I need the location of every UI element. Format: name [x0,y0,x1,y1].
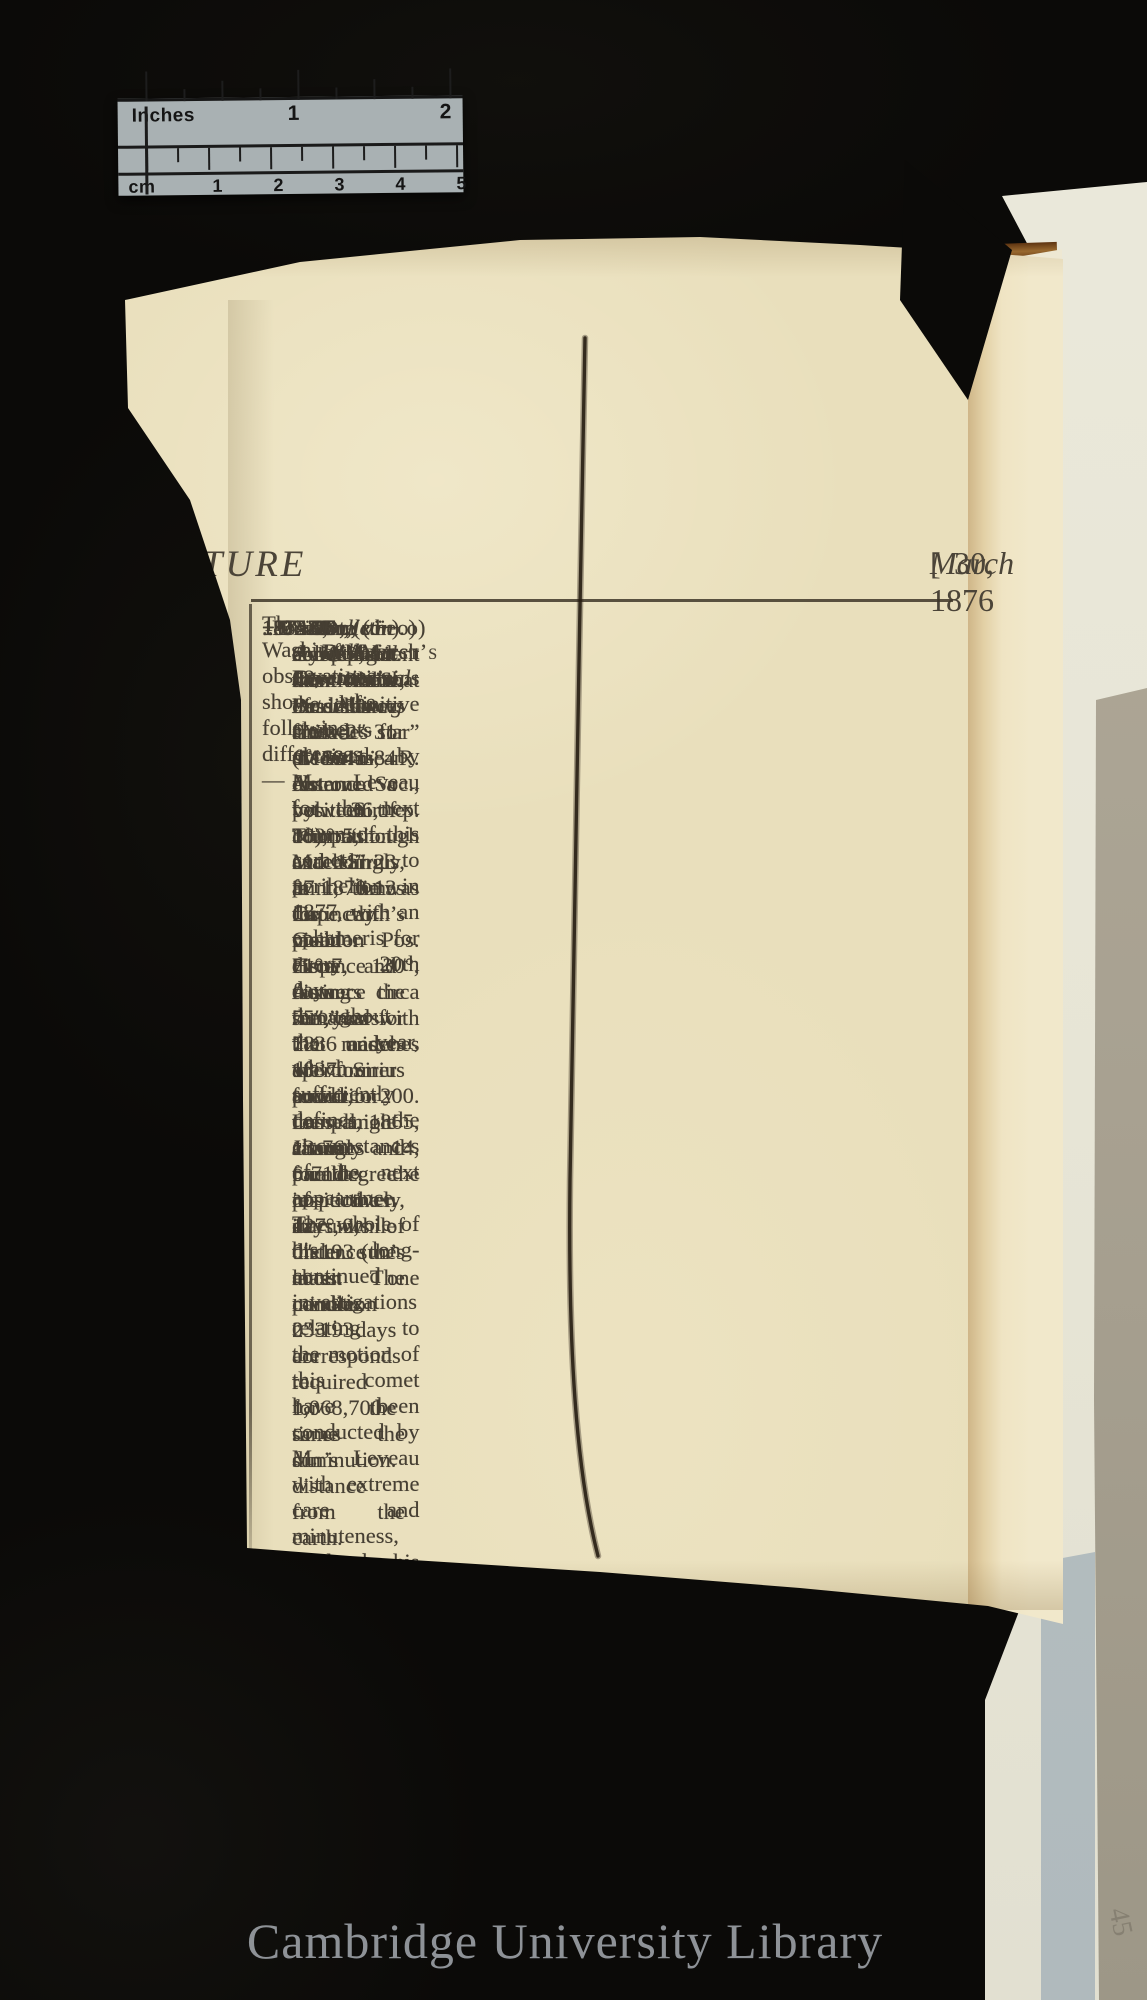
inch-number: 2 [440,100,452,124]
cm-tick [394,146,396,168]
cm-number: 4 [395,174,405,195]
cm-tick [425,146,427,160]
journal-title: NATURE [150,543,306,586]
cm-tick [177,148,179,162]
inch-tick [145,71,147,101]
cm-number: 3 [334,174,344,195]
cm-number: 1 [212,176,222,197]
cm-number: 2 [273,175,283,196]
article-text: The Washington observations show the fol… [262,611,950,615]
inch-number: 1 [288,102,300,126]
inch-tick [221,81,223,101]
cm-tick [301,147,303,161]
cm-tick [363,146,365,160]
inches-label: Inches [132,105,195,128]
inch-tick [335,88,337,100]
text-segment: of March 18, contains the definitive ele… [292,639,419,1601]
ruler-cm-ticks [118,145,463,173]
ruler-inch-scale: Inches 12 [118,98,463,146]
measurement-ruler: Inches 12 cm 12345 [118,95,464,196]
cm-label: cm [128,176,155,197]
cm-tick [270,147,272,169]
text-segment: 30, 1876 [930,545,994,619]
inch-tick [411,87,413,99]
clipping-gutter-stain [968,235,1028,1635]
library-watermark: Cambridge University Library [195,1912,935,1970]
header-rule [251,599,953,602]
cm-number: 5 [456,173,466,194]
inch-tick [449,68,451,98]
cm-tick [239,148,241,162]
inch-tick [373,79,375,99]
cm-tick [332,147,334,169]
column-rule [249,604,252,1552]
inch-tick [297,70,299,100]
cm-tick [456,145,458,167]
inch-tick [183,89,185,101]
cm-tick [208,148,210,170]
photograph-scene: NATURE [March 30, 1876 The Washington ob… [0,0,1147,2000]
inch-tick [259,88,261,100]
ruler-cm-scale: cm 12345 [118,172,463,199]
